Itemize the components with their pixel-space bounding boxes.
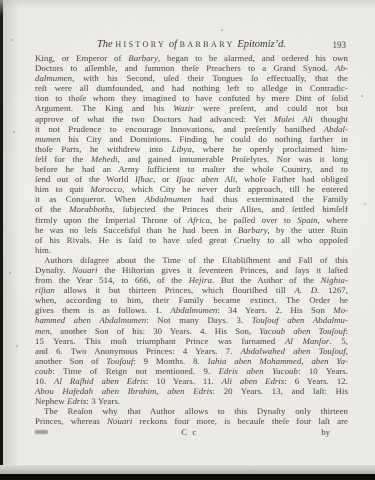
text-segment: approve of what the two Doctors had adva… [35,114,274,124]
text-segment: , another Son of his: 30 Years. 4. His S… [50,326,259,336]
text-line: Abou Hafedah aben Ibrahim, aben Edris: 2… [35,386,348,396]
text-line: Nephew Edris: 3 Years. [35,396,348,406]
text-segment-italic: coub [35,366,52,376]
text-segment: 1267, [319,285,348,295]
scanned-page: The HISTORY of BARBARY Epitomiz’d. 193 K… [0,0,375,480]
text-segment: 10. [35,376,54,386]
text-segment-italic: Touſouf aben Abdalmu- [252,315,348,325]
text-segment-italic: The [97,39,115,50]
text-segment-italic: of [166,39,179,50]
text-segment: ſelf for the [35,154,91,164]
text-segment: : 6 Years. 12. [284,376,348,386]
text-segment: , which City he never durſt approach, ti… [122,184,348,194]
text-line: Doctors to aſſemble, and ſummon theſe Pr… [35,63,348,73]
text-line: and 6. Two Anonymous Princes: 4 Years. 7… [35,346,348,356]
text-segment: : 34 Years. 2. His Son [217,305,333,315]
text-segment: it as Conqueror. When [35,194,145,204]
text-line: approve of what the two Doctors had adva… [35,114,348,124]
text-segment: and 6. Two Anonymous Princes: 4 Years. 7… [35,346,241,356]
text-segment: : 10 Years. 11. [146,376,222,386]
text-segment-italic: men [35,326,50,336]
text-segment-italic: Edris aben Yacoub [219,366,298,376]
text-segment: . 5, [329,336,348,346]
text-segment: King, or Emperor of [35,53,128,63]
text-line: dalmumen, with his Second, uſed their To… [35,73,348,83]
text-segment: him to quit [35,184,90,194]
text-segment: , and gained innumerable Proſelytes. Nor… [118,154,348,164]
text-segment-italic: mumen [35,134,61,144]
scan-edge-bottom-black [0,474,375,480]
text-segment: Dynaſty. [35,265,72,275]
text-segment: , he paſſed over to [210,215,297,225]
paper-speck [11,39,13,41]
book-page: The HISTORY of BARBARY Epitomiz’d. 193 K… [35,38,348,438]
text-segment-italic: Ali aben Edris [222,376,285,386]
text-segment: were preſent, and could not but [194,103,348,113]
text-line: men, another Son of his: 30 Years. 4. Hi… [35,326,348,336]
text-segment: of the [35,204,69,214]
text-segment-italic: Al Raſhid aben Edris [54,376,146,386]
text-line: tion to thoſe whom they imagined to have… [35,93,348,103]
text-segment-italic: Ab- [335,63,348,73]
text-segment: : Time of Reign not mentioned. 9. [52,366,218,376]
paper-speck [16,345,18,347]
text-segment-italic: Mehedi [91,154,118,164]
scan-edge-left [0,0,3,480]
text-segment-italic: Abdalmumen [145,194,192,204]
text-segment: : [346,326,349,336]
text-line: Authors diſagree about the Time of the E… [35,255,348,265]
text-segment-italic: Abdalwahed aben Touſouf [241,346,346,356]
text-segment: : 20 Years. 13, and laſt: His [213,386,348,396]
text-line: hammed aben Abdalmumen: Not many Days. 3… [35,315,348,325]
text-segment-italic: Hejira [189,275,212,285]
text-segment-italic: Morocco [90,184,122,194]
text-line: reſt were all dumfounded, and had nothin… [35,83,348,93]
text-segment: : Not many Days. 3. [146,315,252,325]
text-segment: his City and Dominions. Finding he could… [61,134,348,144]
text-line: him to quit Morocco, which City he never… [35,184,348,194]
text-segment: reckons four more, is becauſe theſe four… [132,416,348,426]
text-segment: , whoſe Father had obliged [235,174,348,184]
text-segment: Authors diſagree about the Time of the E… [44,255,348,265]
text-segment: allows it but thirteen Princes, which fl… [55,285,295,295]
text-line: when, according to him, their Family bec… [35,295,348,305]
text-segment-italic: Touſouf [106,356,133,366]
text-segment-italic: dalmumen [35,73,72,83]
text-line: The Reaſon why that Author allows to thi… [35,406,348,416]
text-segment-caps: BARBARY [180,40,235,49]
text-segment-italic: Abdal- [324,124,348,134]
text-segment-italic: Edris [67,396,86,406]
text-segment: , or [153,174,176,184]
text-line: it not Prudence to encourage Innovations… [35,124,348,134]
text-segment: The Reaſon why that Author allows to thi… [44,406,348,416]
text-line: of his Rivals. He is ſaid to have uſed g… [35,235,348,245]
page-title: The HISTORY of BARBARY Epitomiz’d. [35,38,348,51]
text-line: gives them is as follows. 1. Abdalmumen:… [35,305,348,315]
text-segment: . But the Author of the [212,275,321,285]
text-segment: Princes, whereas [35,416,107,426]
text-segment: another Son of [35,356,106,366]
text-segment-italic: Africa [188,215,210,225]
text-segment: when, according to him, their Family bec… [35,295,348,305]
text-line: before he had an Army ſufficient to maſt… [35,164,348,174]
text-segment-italic: Al Manſor [285,336,329,346]
text-segment-italic: Epitomiz’d. [235,39,286,50]
text-segment: thought [313,114,348,124]
text-line: 10. Al Raſhid aben Edris: 10 Years. 11. … [35,376,348,386]
text-segment-italic: A. D. [294,285,319,295]
text-segment-italic: Spain [297,215,317,225]
text-segment-italic: Libya [172,144,192,154]
running-head: The HISTORY of BARBARY Epitomiz’d. 193 [35,38,348,51]
text-segment: : 9 Months. 8. [133,356,207,366]
text-segment-italic: Nighia- [321,275,348,285]
text-segment-italic: Nouari [107,416,132,426]
text-line: it as Conqueror. When Abdalmumen had thu… [35,194,348,204]
catchword: by [321,427,330,437]
text-line: he was no leſs Succeſsful than he had be… [35,225,348,235]
page-footer: C c by [35,427,348,438]
ink-smudge [35,430,48,434]
text-segment: , where he openly proclaimed him- [192,144,348,154]
text-segment-italic: Nouari [72,265,97,275]
text-line: ſend out of the World Iſhac, or Iſaac ab… [35,174,348,184]
text-segment-italic: riſtan [35,285,55,295]
text-segment: Nephew [35,396,67,406]
text-line: of the Morabboths, ſubjected the Princes… [35,204,348,214]
text-segment: , began to be alarmed, and ordered his o… [158,53,348,63]
text-segment: had thus exterminated the Family [192,194,348,204]
text-segment: he was no leſs Succeſsful than he had be… [35,225,238,235]
text-line: mumen his City and Dominions. Finding he… [35,134,348,144]
text-segment: : 3 Years. [86,396,120,406]
text-segment: , with his Second, uſed their Tongues ſo… [72,73,348,83]
text-line: him. [35,245,348,255]
text-line: thoſe Parts, he withdrew into Libya, whe… [35,144,348,154]
text-segment-caps: HISTORY [115,40,166,49]
text-line: 15 Years. This moſt triumphant Prince wa… [35,336,348,346]
text-segment: 15 Years. This moſt triumphant Prince wa… [35,336,285,346]
text-segment: it not Prudence to encourage Innovations… [35,124,324,134]
text-segment: the Hiſtorian gives it ſeventeen Princes… [98,265,349,275]
text-line: Argument. The King and his Wazir were pr… [35,103,348,113]
text-line: from the Year 514, to 666, of the Hejira… [35,275,348,285]
text-segment-italic: Iſaac aben Ali [176,174,235,184]
text-segment: , [346,346,348,356]
body-text: King, or Emperor of Barbary, began to be… [35,53,348,426]
text-segment: gives them is as follows. 1. [35,305,170,315]
text-segment: Argument. The King and his [35,103,173,113]
text-segment: , ſubjected the Princes their Allies, an… [113,204,348,214]
text-segment: him. [35,245,51,255]
text-line: King, or Emperor of Barbary, began to be… [35,53,348,63]
text-segment-italic: Wazir [173,103,193,113]
text-segment: , where [318,215,348,225]
paper-speck [9,272,11,274]
text-segment-italic: Barbary [128,53,158,63]
text-line: firmly upon the Imperial Throne of Afric… [35,215,348,225]
text-segment-italic: Yacoub aben Touſouf [259,326,345,336]
text-segment: ſend out of the World [35,174,135,184]
text-segment: from the Year 514, to 666, of the [35,275,189,285]
text-segment: reſt were all dumfounded, and had nothin… [35,83,348,93]
text-segment: thoſe Parts, he withdrew into [35,144,172,154]
text-segment-italic: Mo- [333,305,348,315]
text-segment: : 10 Years. [298,366,348,376]
text-segment-italic: Abdalmumen [170,305,217,315]
text-segment-italic: Iahia aben Mohammed, aben Ya- [208,356,348,366]
text-segment: tion to thoſe whom they imagined to have… [35,93,348,103]
text-segment: Doctors to aſſemble, and ſummon theſe Pr… [35,63,335,73]
text-line: coub: Time of Reign not mentioned. 9. Ed… [35,366,348,376]
paper-speck [361,95,363,97]
text-segment-italic: Morabboths [69,204,113,214]
page-number: 193 [333,39,347,52]
text-segment: , by the utter Ruin [268,225,348,235]
text-segment-italic: Iſhac [135,174,153,184]
text-segment-italic: Abou Hafedah aben Ibrahim, aben Edris [35,386,213,396]
paper-speck [364,203,366,205]
paper-speck [221,29,223,31]
text-line: another Son of Touſouf: 9 Months. 8. Iah… [35,356,348,366]
text-line: riſtan allows it but thirteen Princes, w… [35,285,348,295]
text-segment: firmly upon the Imperial Throne of [35,215,188,225]
text-segment: of his Rivals. He is ſaid to have uſed g… [35,235,348,245]
text-segment-italic: hammed aben Abdalmumen [35,315,146,325]
text-segment: before he had an Army ſufficient to maſt… [35,164,348,174]
text-line: Princes, whereas Nouari reckons four mor… [35,416,348,426]
paper-speck [13,131,15,133]
signature-mark: C c [181,427,197,437]
text-line: ſelf for the Mehedi, and gained innumera… [35,154,348,164]
text-segment-italic: Barbary [238,225,268,235]
text-line: Dynaſty. Nouari the Hiſtorian gives it ſ… [35,265,348,275]
text-segment-italic: Mulei Ali [274,114,313,124]
